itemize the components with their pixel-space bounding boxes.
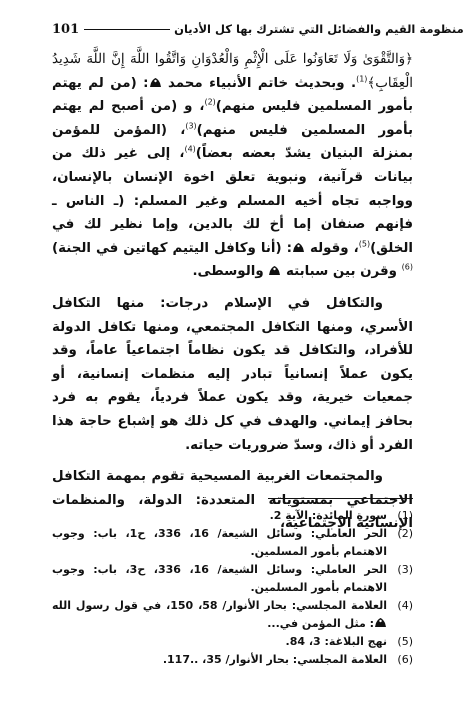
- footnote-ref-1[interactable]: (1): [356, 74, 367, 83]
- page-header: 101 تشكيل منظومة القيم والفضائل التي تشت…: [52, 20, 413, 38]
- footnote-ref-5[interactable]: (5): [359, 239, 370, 248]
- page-number: 101: [52, 22, 79, 37]
- header-rule: [84, 29, 170, 30]
- footnote-text: نهج البلاغة: 3، 84.: [52, 633, 387, 651]
- footnote-ref-3[interactable]: (3): [185, 121, 196, 130]
- text-i: والوسطى.: [192, 264, 268, 279]
- footnote-number: (1): [387, 507, 413, 525]
- running-title: تشكيل منظومة القيم والفضائل التي تشترك ب…: [174, 22, 463, 36]
- salawat-ligature-icon: [292, 242, 305, 253]
- footnote-text: الحر العاملي: وسائل الشيعة/ 16، 336، ح1،…: [52, 525, 387, 561]
- footnote-1: (1) سورة المائدة: الآية 2.: [52, 507, 413, 525]
- text-f: ، وقوله: [310, 241, 359, 256]
- footnote-text: العلامة المجلسي: بحار الأنوار/ 58، 150، …: [52, 597, 387, 633]
- footnote-number: (4): [387, 597, 413, 633]
- footnote-number: (3): [387, 561, 413, 597]
- footnote-5: (5) نهج البلاغة: 3، 84.: [52, 633, 413, 651]
- text-g: : (أنا وكافل اليتيم كهاتين في الجنة): [52, 241, 292, 256]
- footnote-ref-2[interactable]: (2): [204, 98, 215, 107]
- footnotes: (1) سورة المائدة: الآية 2. (2) الحر العا…: [52, 507, 413, 669]
- footnote-ref-4[interactable]: (4): [184, 145, 195, 154]
- footnote-number: (2): [387, 525, 413, 561]
- footnote-text: العلامة المجلسي: بحار الأنوار/ 35، ..117…: [52, 651, 387, 669]
- footnote-2: (2) الحر العاملي: وسائل الشيعة/ 16، 336،…: [52, 525, 413, 561]
- salawat-ligature-icon: [268, 265, 281, 276]
- footnote-text: الحر العاملي: وسائل الشيعة/ 16، 336، ح3،…: [52, 561, 387, 597]
- paragraph-2: والتكافل في الإسلام درجات: منها التكافل …: [52, 292, 413, 457]
- footnote-text-main: العلامة المجلسي: بحار الأنوار/ 58، 150، …: [52, 599, 387, 612]
- footnote-text-after: : مثل المؤمن في...: [267, 617, 374, 630]
- book-page: 101 تشكيل منظومة القيم والفضائل التي تشت…: [52, 0, 413, 712]
- footnote-separator: [268, 498, 413, 499]
- footnote-ref-6[interactable]: (6): [402, 263, 413, 272]
- text-h: وقرن بين سبابته: [286, 264, 402, 279]
- footnote-3: (3) الحر العاملي: وسائل الشيعة/ 16، 336،…: [52, 561, 413, 597]
- salawat-ligature-icon: [149, 77, 162, 88]
- footnote-number: (6): [387, 651, 413, 669]
- paragraph-1: ﴿وَالتَّقْوَىٰ وَلَا تَعَاوَنُوا عَلَى ا…: [52, 48, 413, 284]
- salawat-ligature-icon: [374, 617, 387, 628]
- footnote-number: (5): [387, 633, 413, 651]
- footnote-6: (6) العلامة المجلسي: بحار الأنوار/ 35، .…: [52, 651, 413, 669]
- text-a: . وبحديث خاتم الأنبياء محمد: [168, 76, 356, 91]
- footnote-text: سورة المائدة: الآية 2.: [52, 507, 387, 525]
- footnote-4: (4) العلامة المجلسي: بحار الأنوار/ 58، 1…: [52, 597, 413, 633]
- body-text: ﴿وَالتَّقْوَىٰ وَلَا تَعَاوَنُوا عَلَى ا…: [52, 48, 413, 536]
